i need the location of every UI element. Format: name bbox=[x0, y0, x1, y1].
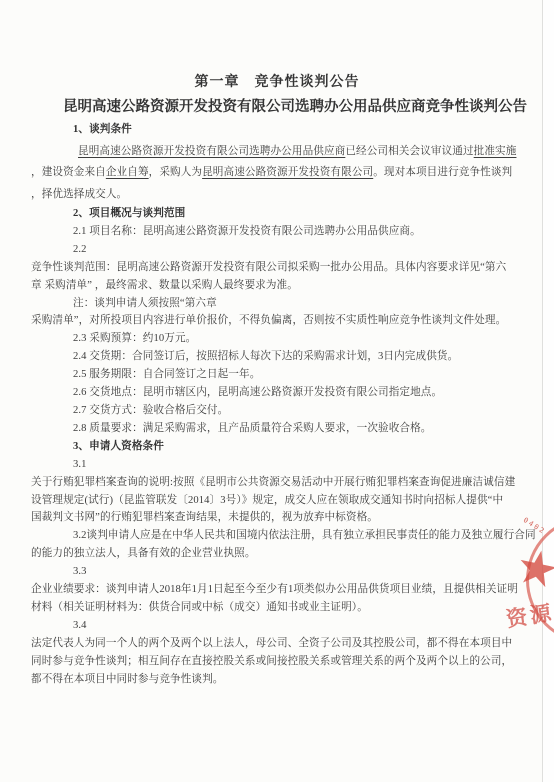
section-heading: 2、项目概况与谈判范围 bbox=[31, 205, 517, 223]
doc-line: 国裁判文书网”的行贿犯罪档案查询结果，未提供的，视为放弃中标资格。 bbox=[31, 509, 517, 527]
doc-line: 材料（相关证明材料为：供货合同或中标（成交）通知书或业主证明）。 bbox=[31, 599, 517, 617]
doc-line: 2.1 项目名称：昆明高速公路资源开发投资有限公司选聘办公用品供应商。 bbox=[31, 223, 517, 241]
doc-line: 企业业绩要求：谈判申请人2018年1月1日起至今至少有1项类似办公用品供货项目业… bbox=[31, 581, 517, 599]
doc-line: 2.5 服务期限：自合同签订之日起一年。 bbox=[31, 366, 517, 384]
underlined-text: 昆明高速公路资源开发投资有限公司 bbox=[202, 167, 373, 178]
underlined-text: 昆明高速公路资源开发投资有限公司选聘办公用品供应商 bbox=[78, 146, 345, 157]
document-body: 1、谈判条件昆明高速公路资源开发投资有限公司选聘办公用品供应商已经公司相关会议审… bbox=[31, 119, 517, 688]
doc-line: 3.2谈判申请人应是在中华人民共和国境内依法注册，具有独立承担民事责任的能力及独… bbox=[31, 527, 517, 545]
doc-line: 的能力的独立法人，具备有效的企业营业执照。 bbox=[31, 545, 517, 563]
page-title: 昆明高速公路资源开发投资有限公司选聘办公用品供应商竞争性谈判公告 bbox=[60, 95, 530, 116]
underlined-text: 批准实施 bbox=[474, 146, 517, 157]
text-segment: 已经公司相关会议审议通过 bbox=[345, 146, 473, 157]
text-segment: ，建设资金来自 bbox=[31, 167, 106, 178]
doc-line: 3.4 bbox=[31, 617, 517, 635]
scan-backdrop bbox=[543, 0, 554, 782]
document-page: 第一章 竞争性谈判公告 昆明高速公路资源开发投资有限公司选聘办公用品供应商竞争性… bbox=[0, 0, 554, 782]
section-heading: 3、申请人资格条件 bbox=[31, 438, 517, 456]
text-segment: ，采购人为 bbox=[149, 167, 202, 178]
doc-line: 设管理规定(试行)（昆监管联发〔2014〕3号）》规定，成交人应在领取成交通知书… bbox=[31, 492, 517, 510]
section-heading: 1、谈判条件 bbox=[31, 119, 517, 141]
doc-line: 3.1 bbox=[31, 456, 517, 474]
doc-line: 3.3 bbox=[31, 563, 517, 581]
doc-line: 2.4 交货期：合同签订后，按照招标人每次下达的采购需求计划，3日内完成供货。 bbox=[31, 348, 517, 366]
doc-line: 昆明高速公路资源开发投资有限公司选聘办公用品供应商已经公司相关会议审议通过批准实… bbox=[31, 141, 517, 163]
doc-line: 2.6 交货地点：昆明市辖区内，昆明高速公路资源开发投资有限公司指定地点。 bbox=[31, 384, 517, 402]
text-segment: 。现对本项目进行竞争性谈判 bbox=[373, 167, 512, 178]
doc-line: 章 采购清单” ，最终需求、数量以采购人最终要求为准。 bbox=[31, 277, 517, 295]
underlined-text: 企业自筹 bbox=[106, 167, 149, 178]
doc-line: ，建设资金来自企业自筹，采购人为昆明高速公路资源开发投资有限公司。现对本项目进行… bbox=[31, 162, 517, 184]
doc-line: 同时参与竞争性谈判；相互间存在直接控股关系或间接控股关系或管理关系的两个及两个以… bbox=[31, 653, 517, 671]
doc-line: 竞争性谈判范围：昆明高速公路资源开发投资有限公司拟采购一批办公用品。具体内容要求… bbox=[31, 259, 517, 277]
doc-line: 注：谈判申请人须按照“第六章 bbox=[31, 295, 517, 313]
page-edge bbox=[542, 0, 543, 782]
doc-line: 2.7 交货方式：验收合格后交付。 bbox=[31, 402, 517, 420]
doc-line: 2.2 bbox=[31, 241, 517, 259]
doc-line: 2.3 采购预算：约10万元。 bbox=[31, 330, 517, 348]
doc-line: 关于行贿犯罪档案查询的说明:按照《昆明市公共资源交易活动中开展行贿犯罪档案查询促… bbox=[31, 474, 517, 492]
doc-line: 采购清单”，对所投项目内容进行单价报价，不得负偏离，否则按不实质性响应竞争性谈判… bbox=[31, 312, 517, 330]
doc-line: 都不得在本项目中同时参与竞争性谈判。 bbox=[31, 671, 517, 689]
doc-line: ，择优选择成交人。 bbox=[31, 184, 517, 206]
doc-line: 2.8 质量要求：满足采购需求，且产品质量符合采购人要求，一次验收合格。 bbox=[31, 420, 517, 438]
doc-line: 法定代表人为同一个人的两个及两个以上法人，母公司、全资子公司及其控股公司，都不得… bbox=[31, 635, 517, 653]
chapter-title: 第一章 竞争性谈判公告 bbox=[0, 71, 554, 91]
